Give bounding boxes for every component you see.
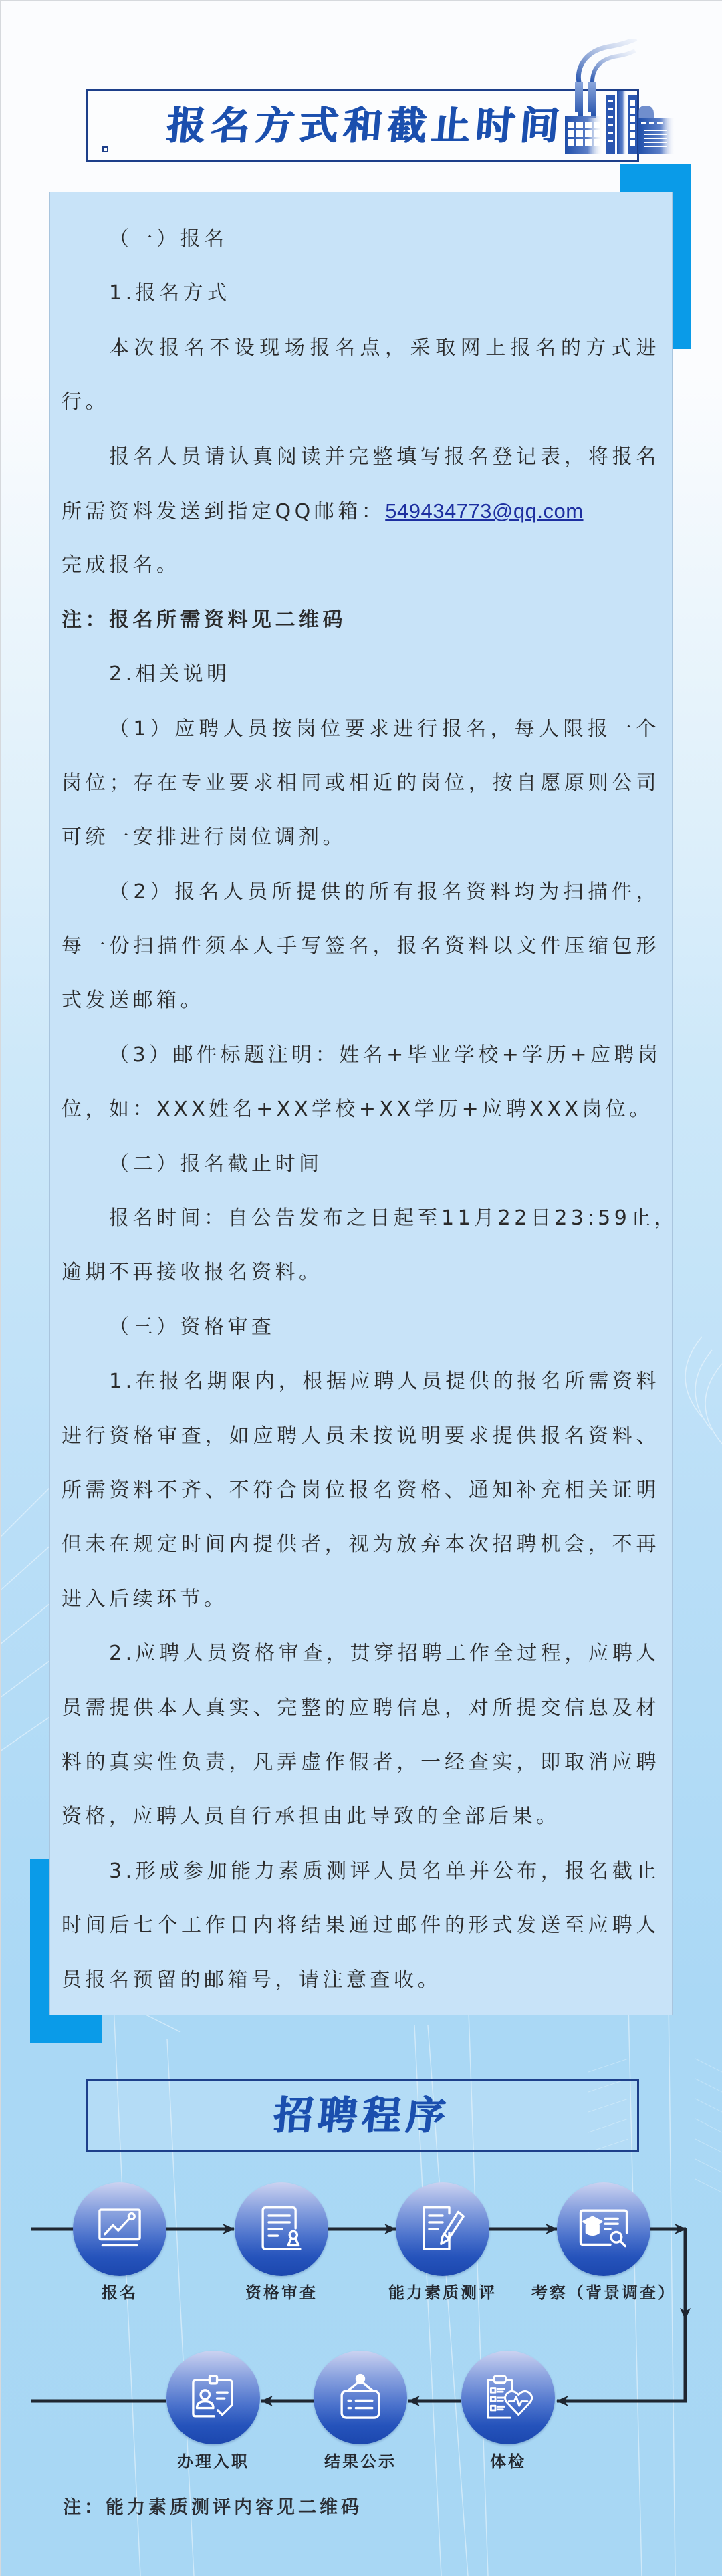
- text-line: （1）应聘人员按岗位要求进行报名，每人限报一个: [62, 702, 660, 756]
- section-title-frame-procedure: 招聘程序: [86, 2079, 639, 2152]
- paragraph-subheading-notes: 2.相关说明: [62, 647, 660, 701]
- step-background-check: [557, 2182, 650, 2276]
- text-line: 所需资料不齐、不符合岗位报名资格、通知补充相关证明: [62, 1463, 660, 1517]
- text-line: 位，如：XXX姓名+XX学校+XX学历+应聘XXX岗位。: [62, 1082, 660, 1136]
- monitor-chart-icon: [94, 2203, 146, 2255]
- step-label-registration: 报名: [33, 2282, 207, 2303]
- note-qrcode: 注：报名所需资料见二维码: [62, 593, 660, 647]
- text-line: 料的真实性负责，凡弄虚作假者，一经查实，即取消应聘: [62, 1735, 660, 1789]
- paragraph-deadline: 报名时间：自公告发布之日起至11月22日23:59止， 逾期不再接收报名资料。: [62, 1191, 660, 1300]
- paragraph-note-1: （1）应聘人员按岗位要求进行报名，每人限报一个 岗位；存在专业要求相同或相近的岗…: [62, 702, 660, 865]
- step-label-background-check: 考察（背景调查）: [517, 2282, 691, 2303]
- paragraph-review-3: 3.形成参加能力素质测评人员名单并公布，报名截止 时间后七个工作日内将结果通过邮…: [62, 1844, 660, 2007]
- heading-deadline: （二）报名截止时间: [62, 1137, 660, 1191]
- text-line: （2）报名人员所提供的所有报名资料均为扫描件，: [62, 865, 660, 919]
- factory-buildings-icon: [560, 39, 681, 159]
- step-competency-assessment: [396, 2182, 489, 2276]
- registration-content-panel: （一）报名 1.报名方式 本次报名不设现场报名点，采取网上报名的方式进 行。 报…: [49, 192, 673, 2015]
- step-medical-exam: [461, 2351, 555, 2444]
- paragraph-review-1: 1.在报名期限内，根据应聘人员提供的报名所需资料 进行资格审查，如应聘人员未按说…: [62, 1354, 660, 1626]
- section-title-procedure: 招聘程序: [273, 2096, 453, 2135]
- text-line: 式发送邮箱。: [62, 973, 660, 1027]
- paragraph-note-3: （3）邮件标题注明：姓名+毕业学校+学历+应聘岗 位，如：XXX姓名+XX学校+…: [62, 1028, 660, 1137]
- step-onboarding: [166, 2351, 260, 2444]
- text-line: 每一份扫描件须本人手写签名，报名资料以文件压缩包形: [62, 919, 660, 973]
- paragraph-note-qrcode: 注：报名所需资料见二维码: [62, 593, 660, 647]
- paragraph-heading-deadline: （二）报名截止时间: [62, 1137, 660, 1191]
- step-label-medical-exam: 体检: [421, 2451, 595, 2472]
- text-line: 报名时间：自公告发布之日起至11月22日23:59止，: [62, 1191, 660, 1245]
- document-stamp-icon: [255, 2203, 308, 2255]
- text-line: 资格，应聘人员自行承担由此导致的全部后果。: [62, 1789, 660, 1843]
- text-line-with-email: 所需资料发送到指定QQ邮箱：549434773@qq.com: [62, 484, 660, 538]
- heading-registration: （一）报名: [62, 212, 660, 266]
- clipboard-heart-icon: [482, 2371, 534, 2424]
- paragraph-heading-review: （三）资格审查: [62, 1300, 660, 1354]
- text-line: 行。: [62, 375, 660, 429]
- hanging-sign-icon: [334, 2371, 386, 2424]
- step-label-competency-assessment: 能力素质测评: [356, 2282, 529, 2303]
- id-badge-check-icon: [187, 2371, 239, 2424]
- step-label-qualification-review: 资格审查: [195, 2282, 368, 2303]
- document-pencil-icon: [416, 2203, 469, 2255]
- text-line: 完成报名。: [62, 538, 660, 592]
- text-line: 报名人员请认真阅读并完整填写报名登记表，将报名: [62, 430, 660, 484]
- text-line: 可统一安排进行岗位调剂。: [62, 810, 660, 864]
- paragraph-submit-email: 报名人员请认真阅读并完整填写报名登记表，将报名 所需资料发送到指定QQ邮箱：54…: [62, 430, 660, 593]
- text-line: 岗位；存在专业要求相同或相近的岗位，按自愿原则公司: [62, 756, 660, 810]
- step-label-onboarding: 办理入职: [126, 2451, 300, 2472]
- paragraph-subheading-method: 1.报名方式: [62, 266, 660, 320]
- text-line: 进行资格审查，如应聘人员未按说明要求提供报名资料、: [62, 1409, 660, 1463]
- text-line: 3.形成参加能力素质测评人员名单并公布，报名截止: [62, 1844, 660, 1898]
- text-line: 但未在规定时间内提供者，视为放弃本次招聘机会，不再: [62, 1517, 660, 1571]
- email-link[interactable]: 549434773@qq.com: [385, 499, 583, 523]
- text-line: 时间后七个工作日内将结果通过邮件的形式发送至应聘人: [62, 1898, 660, 1952]
- text-line: 员需提供本人真实、完整的应聘信息，对所提交信息及材: [62, 1681, 660, 1735]
- text-line: 1.在报名期限内，根据应聘人员提供的报名所需资料: [62, 1354, 660, 1408]
- certificate-search-icon: [578, 2203, 630, 2255]
- subheading-related-notes: 2.相关说明: [62, 647, 660, 701]
- text-line: 员报名预留的邮箱号，请注意查收。: [62, 1953, 660, 2007]
- step-registration: [73, 2182, 166, 2276]
- decorative-square-icon: [102, 146, 108, 152]
- step-qualification-review: [235, 2182, 328, 2276]
- text-line: 2.应聘人员资格审查，贯穿招聘工作全过程，应聘人: [62, 1626, 660, 1680]
- paragraph-review-2: 2.应聘人员资格审查，贯穿招聘工作全过程，应聘人 员需提供本人真实、完整的应聘信…: [62, 1626, 660, 1844]
- heading-qualification-review: （三）资格审查: [62, 1300, 660, 1354]
- text-line: （3）邮件标题注明：姓名+毕业学校+学历+应聘岗: [62, 1028, 660, 1082]
- assessment-note: 注：能力素质测评内容见二维码: [63, 2496, 362, 2520]
- text-line: 进入后续环节。: [62, 1572, 660, 1626]
- section-title-frame-registration: 报名方式和截止时间: [86, 89, 639, 162]
- subheading-registration-method: 1.报名方式: [62, 266, 660, 320]
- paragraph-online-registration: 本次报名不设现场报名点，采取网上报名的方式进 行。: [62, 321, 660, 430]
- paragraph-note-2: （2）报名人员所提供的所有报名资料均为扫描件， 每一份扫描件须本人手写签名，报名…: [62, 865, 660, 1028]
- step-result-announcement: [314, 2351, 407, 2444]
- text-line: 本次报名不设现场报名点，采取网上报名的方式进: [62, 321, 660, 375]
- section-title-registration: 报名方式和截止时间: [165, 106, 566, 145]
- text-line: 逾期不再接收报名资料。: [62, 1245, 660, 1299]
- paragraph-heading-registration: （一）报名: [62, 212, 660, 266]
- text-fragment: 所需资料发送到指定QQ邮箱：: [62, 500, 385, 523]
